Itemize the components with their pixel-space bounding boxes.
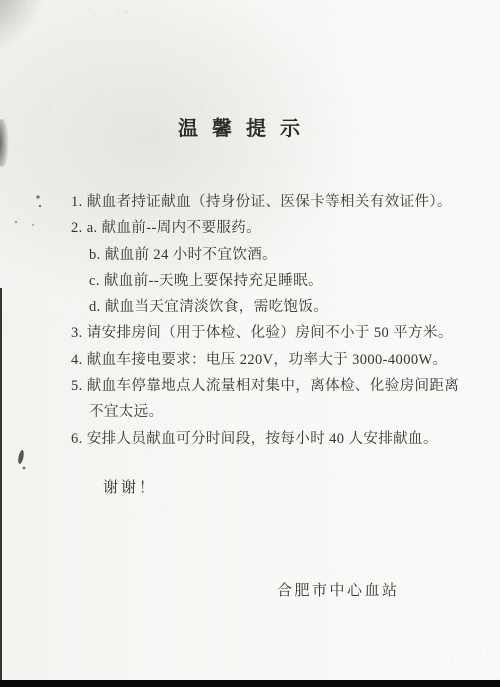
notice-body: 1. 献血者持证献血（持身份证、医保卡等相关有效证件）。 2. a. 献血前--… — [71, 189, 471, 452]
notice-line: 不宜太远。 — [71, 399, 471, 425]
notice-line: c. 献血前--天晚上要保持充足睡眠。 — [71, 268, 471, 294]
document-title: 温馨提示 — [178, 112, 314, 141]
notice-line: 4. 献血车接电要求：电压 220V，功率大于 3000-4000W。 — [71, 347, 471, 373]
notice-line: 6. 安排人员献血可分时间段，按每小时 40 人安排献血。 — [71, 426, 471, 452]
closing-text: 谢谢！ — [103, 476, 157, 497]
notice-line: 3. 请安排房间（用于体检、化验）房间不小于 50 平方米。 — [71, 320, 471, 346]
notice-line: b. 献血前 24 小时不宜饮酒。 — [71, 242, 471, 268]
signature-text: 合肥市中心血站 — [277, 579, 400, 600]
notice-line: d. 献血当天宜清淡饮食，需吃饱饭。 — [71, 294, 471, 320]
document-content: 温馨提示 1. 献血者持证献血（持身份证、医保卡等相关有效证件）。 2. a. … — [0, 0, 500, 687]
notice-line: 1. 献血者持证献血（持身份证、医保卡等相关有效证件）。 — [71, 189, 471, 215]
scanned-page: 温馨提示 1. 献血者持证献血（持身份证、医保卡等相关有效证件）。 2. a. … — [0, 0, 500, 687]
notice-line: 2. a. 献血前--周内不要服药。 — [71, 215, 471, 241]
notice-line: 5. 献血车停靠地点人流量相对集中，离体检、化验房间距离 — [71, 373, 471, 399]
